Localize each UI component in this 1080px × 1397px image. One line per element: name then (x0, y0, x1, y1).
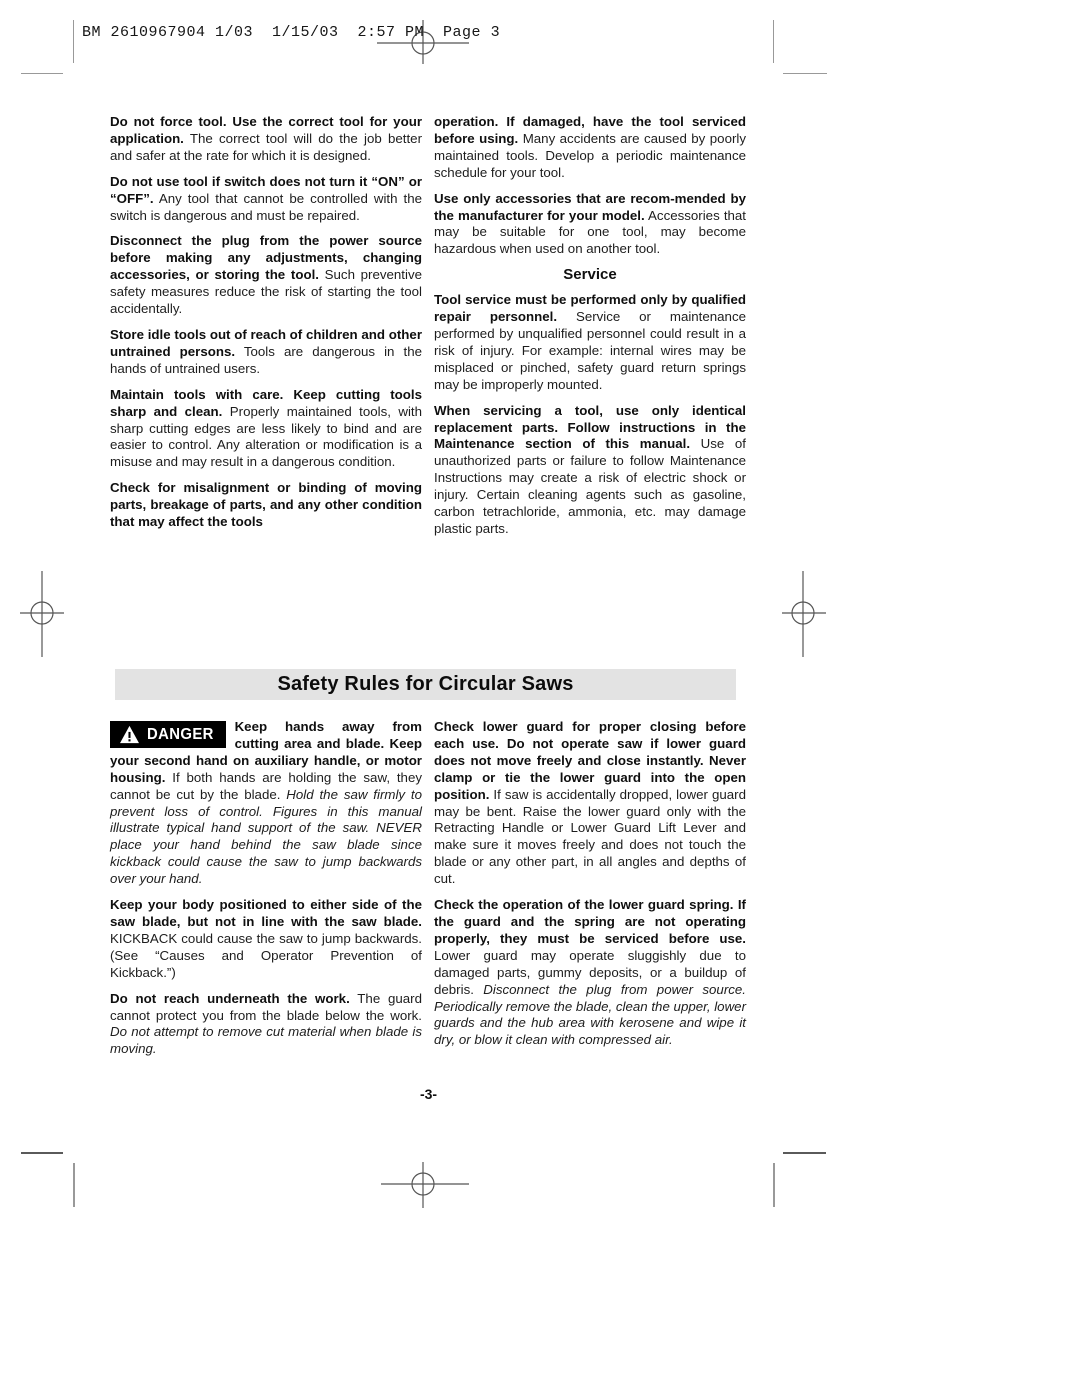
paragraph: Disconnect the plug from the power sourc… (110, 233, 422, 318)
paragraph: Maintain tools with care. Keep cutting t… (110, 387, 422, 472)
crop-mark-bottom-right-vertical (773, 1163, 775, 1207)
print-header: BM 2610967904 1/03 1/15/03 2:57 PM Page … (82, 24, 500, 41)
paragraph: Use only accessories that are recom-mend… (434, 191, 746, 259)
paragraph: Check lower guard for proper closing bef… (434, 719, 746, 888)
crop-mark-top-left-vertical (73, 20, 74, 63)
warning-triangle-icon (119, 725, 140, 744)
danger-badge: DANGER (110, 721, 226, 748)
text-segment: Keep your body positioned to either side… (110, 897, 422, 929)
text-segment: Do not attempt to remove cut material wh… (110, 1024, 422, 1056)
page-number: -3- (110, 1086, 747, 1102)
text-segment: Do not reach underneath the work. (110, 991, 350, 1006)
registration-mark-bottom-center (381, 1162, 469, 1208)
crop-mark-top-right-horizontal (783, 73, 827, 74)
paragraph: Check the operation of the lower guard s… (434, 897, 746, 1049)
paragraph: Tool service must be performed only by q… (434, 292, 746, 393)
paragraph: When servicing a tool, use only identica… (434, 403, 746, 538)
manual-page: BM 2610967904 1/03 1/15/03 2:57 PM Page … (0, 0, 1080, 1397)
text-segment: Any tool that cannot be controlled with … (110, 191, 422, 223)
registration-mark-left (20, 571, 64, 657)
crop-mark-bottom-left-vertical (73, 1163, 75, 1207)
column-bottom-right: Check lower guard for proper closing bef… (434, 719, 746, 1058)
paragraph: Check for misalignment or binding of mov… (110, 480, 422, 531)
crop-mark-top-left-horizontal (21, 73, 63, 74)
paragraph: Do not reach underneath the work. The gu… (110, 991, 422, 1059)
column-bottom-left: DANGERKeep hands away from cutting area … (110, 719, 422, 1067)
crop-mark-bottom-left-horizontal (21, 1152, 63, 1154)
column-top-left: Do not force tool. Use the correct tool … (110, 114, 422, 540)
paragraph: Do not use tool if switch does not turn … (110, 174, 422, 225)
crop-mark-top-right-vertical (773, 20, 774, 63)
paragraph: operation. If damaged, have the tool ser… (434, 114, 746, 182)
crop-mark-bottom-right-horizontal (783, 1152, 826, 1154)
text-segment: Check the operation of the lower guard s… (434, 897, 746, 946)
text-segment: KICKBACK could cause the saw to jump bac… (110, 931, 422, 980)
paragraph: DANGERKeep hands away from cutting area … (110, 719, 422, 888)
paragraph: Do not force tool. Use the correct tool … (110, 114, 422, 165)
text-segment: Check for misalignment or binding of mov… (110, 480, 422, 529)
service-heading: Service (434, 267, 746, 284)
section-title: Safety Rules for Circular Saws (115, 669, 736, 700)
paragraph: Store idle tools out of reach of childre… (110, 327, 422, 378)
column-top-right: operation. If damaged, have the tool ser… (434, 114, 746, 547)
paragraph: Keep your body positioned to either side… (110, 897, 422, 982)
danger-badge-label: DANGER (147, 727, 214, 743)
registration-mark-right (782, 571, 826, 657)
